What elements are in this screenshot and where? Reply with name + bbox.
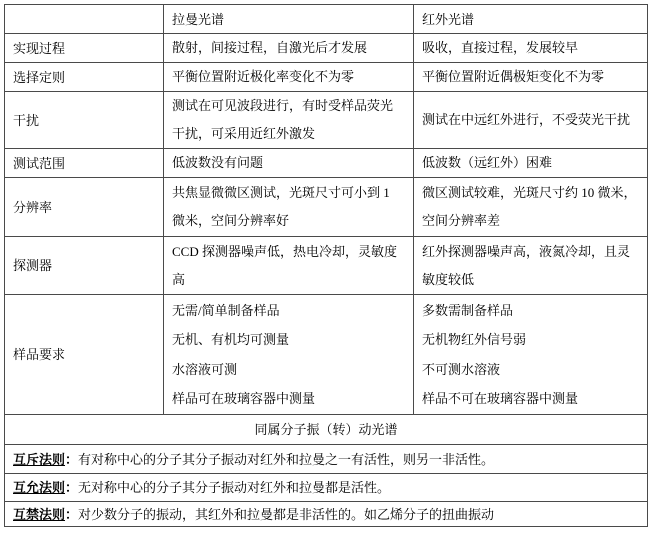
row-label: 分辨率 bbox=[5, 178, 164, 237]
shared-category-cell: 同属分子振（转）动光谱 bbox=[5, 415, 648, 445]
law-text: 无对称中心的分子其分子振动对红外和拉曼都是活性。 bbox=[78, 480, 390, 495]
row-label: 测试范围 bbox=[5, 149, 164, 178]
sample-requirement-line: 样品不可在玻璃容器中测量 bbox=[422, 384, 639, 414]
raman-cell: 低波数没有问题 bbox=[164, 149, 414, 178]
sample-requirement-line: 水溶液可测 bbox=[172, 355, 405, 385]
header-cell-empty bbox=[5, 5, 164, 34]
document-page: 拉曼光谱 红外光谱 实现过程 散射，间接过程，自激光后才发展 吸收，直接过程，发… bbox=[0, 0, 651, 527]
table-row-resolution: 分辨率 共焦显微微区测试，光斑尺寸可小到 1 微米，空间分辨率好 微区测试较难，… bbox=[5, 178, 648, 237]
table-row-mutual-allowance-law: 互允法则：无对称中心的分子其分子振动对红外和拉曼都是活性。 bbox=[5, 474, 648, 502]
ir-cell: 微区测试较难，光斑尺寸约 10 微米，空间分辨率差 bbox=[414, 178, 648, 237]
row-label: 干扰 bbox=[5, 92, 164, 149]
ir-cell: 多数需制备样品 无机物红外信号弱 不可测水溶液 样品不可在玻璃容器中测量 bbox=[414, 295, 648, 415]
ir-cell: 红外探测器噪声高，液氮冷却，且灵敏度较低 bbox=[414, 237, 648, 295]
row-label: 样品要求 bbox=[5, 295, 164, 415]
table-row-detector: 探测器 CCD 探测器噪声低，热电冷却，灵敏度高 红外探测器噪声高，液氮冷却，且… bbox=[5, 237, 648, 295]
raman-cell: 测试在可见波段进行，有时受样品荧光干扰，可采用近红外激发 bbox=[164, 92, 414, 149]
row-label: 实现过程 bbox=[5, 34, 164, 63]
law-text: 对少数分子的振动，其红外和拉曼都是非活性的。如乙烯分子的扭曲振动 bbox=[78, 507, 494, 522]
raman-cell: 散射，间接过程，自激光后才发展 bbox=[164, 34, 414, 63]
header-cell-raman: 拉曼光谱 bbox=[164, 5, 414, 34]
raman-cell: CCD 探测器噪声低，热电冷却，灵敏度高 bbox=[164, 237, 414, 295]
ir-cell: 吸收，直接过程，发展较早 bbox=[414, 34, 648, 63]
law-label: 互允法则： bbox=[13, 480, 78, 495]
sample-requirement-line: 无机物红外信号弱 bbox=[422, 325, 639, 355]
table-row-shared-category: 同属分子振（转）动光谱 bbox=[5, 415, 648, 445]
table-row-mutual-exclusion-law: 互斥法则：有对称中心的分子其分子振动对红外和拉曼之一有活性，则另一非活性。 bbox=[5, 445, 648, 474]
sample-requirement-line: 样品可在玻璃容器中测量 bbox=[172, 384, 405, 414]
row-label: 探测器 bbox=[5, 237, 164, 295]
ir-cell: 低波数（远红外）困难 bbox=[414, 149, 648, 178]
table-row-test-range: 测试范围 低波数没有问题 低波数（远红外）困难 bbox=[5, 149, 648, 178]
law-cell: 互斥法则：有对称中心的分子其分子振动对红外和拉曼之一有活性，则另一非活性。 bbox=[5, 445, 648, 474]
table-header-row: 拉曼光谱 红外光谱 bbox=[5, 5, 648, 34]
law-cell: 互禁法则：对少数分子的振动，其红外和拉曼都是非活性的。如乙烯分子的扭曲振动 bbox=[5, 502, 648, 527]
raman-cell: 共焦显微微区测试，光斑尺寸可小到 1 微米，空间分辨率好 bbox=[164, 178, 414, 237]
raman-cell: 平衡位置附近极化率变化不为零 bbox=[164, 63, 414, 92]
table-row-sample-requirements: 样品要求 无需/简单制备样品 无机、有机均可测量 水溶液可测 样品可在玻璃容器中… bbox=[5, 295, 648, 415]
table-row-interference: 干扰 测试在可见波段进行，有时受样品荧光干扰，可采用近红外激发 测试在中远红外进… bbox=[5, 92, 648, 149]
spectroscopy-comparison-table: 拉曼光谱 红外光谱 实现过程 散射，间接过程，自激光后才发展 吸收，直接过程，发… bbox=[4, 4, 648, 527]
sample-requirement-line: 不可测水溶液 bbox=[422, 355, 639, 385]
ir-cell: 平衡位置附近偶极矩变化不为零 bbox=[414, 63, 648, 92]
table-row-selection-rule: 选择定则 平衡位置附近极化率变化不为零 平衡位置附近偶极矩变化不为零 bbox=[5, 63, 648, 92]
row-label: 选择定则 bbox=[5, 63, 164, 92]
law-cell: 互允法则：无对称中心的分子其分子振动对红外和拉曼都是活性。 bbox=[5, 474, 648, 502]
header-cell-ir: 红外光谱 bbox=[414, 5, 648, 34]
table-row-process: 实现过程 散射，间接过程，自激光后才发展 吸收，直接过程，发展较早 bbox=[5, 34, 648, 63]
sample-requirement-line: 无机、有机均可测量 bbox=[172, 325, 405, 355]
law-text: 有对称中心的分子其分子振动对红外和拉曼之一有活性，则另一非活性。 bbox=[78, 452, 494, 467]
sample-requirement-line: 多数需制备样品 bbox=[422, 296, 639, 326]
law-label: 互禁法则： bbox=[13, 507, 78, 522]
ir-cell: 测试在中远红外进行，不受荧光干扰 bbox=[414, 92, 648, 149]
raman-cell: 无需/简单制备样品 无机、有机均可测量 水溶液可测 样品可在玻璃容器中测量 bbox=[164, 295, 414, 415]
table-row-mutual-prohibition-law: 互禁法则：对少数分子的振动，其红外和拉曼都是非活性的。如乙烯分子的扭曲振动 bbox=[5, 502, 648, 527]
sample-requirement-line: 无需/简单制备样品 bbox=[172, 296, 405, 326]
law-label: 互斥法则： bbox=[13, 452, 78, 467]
